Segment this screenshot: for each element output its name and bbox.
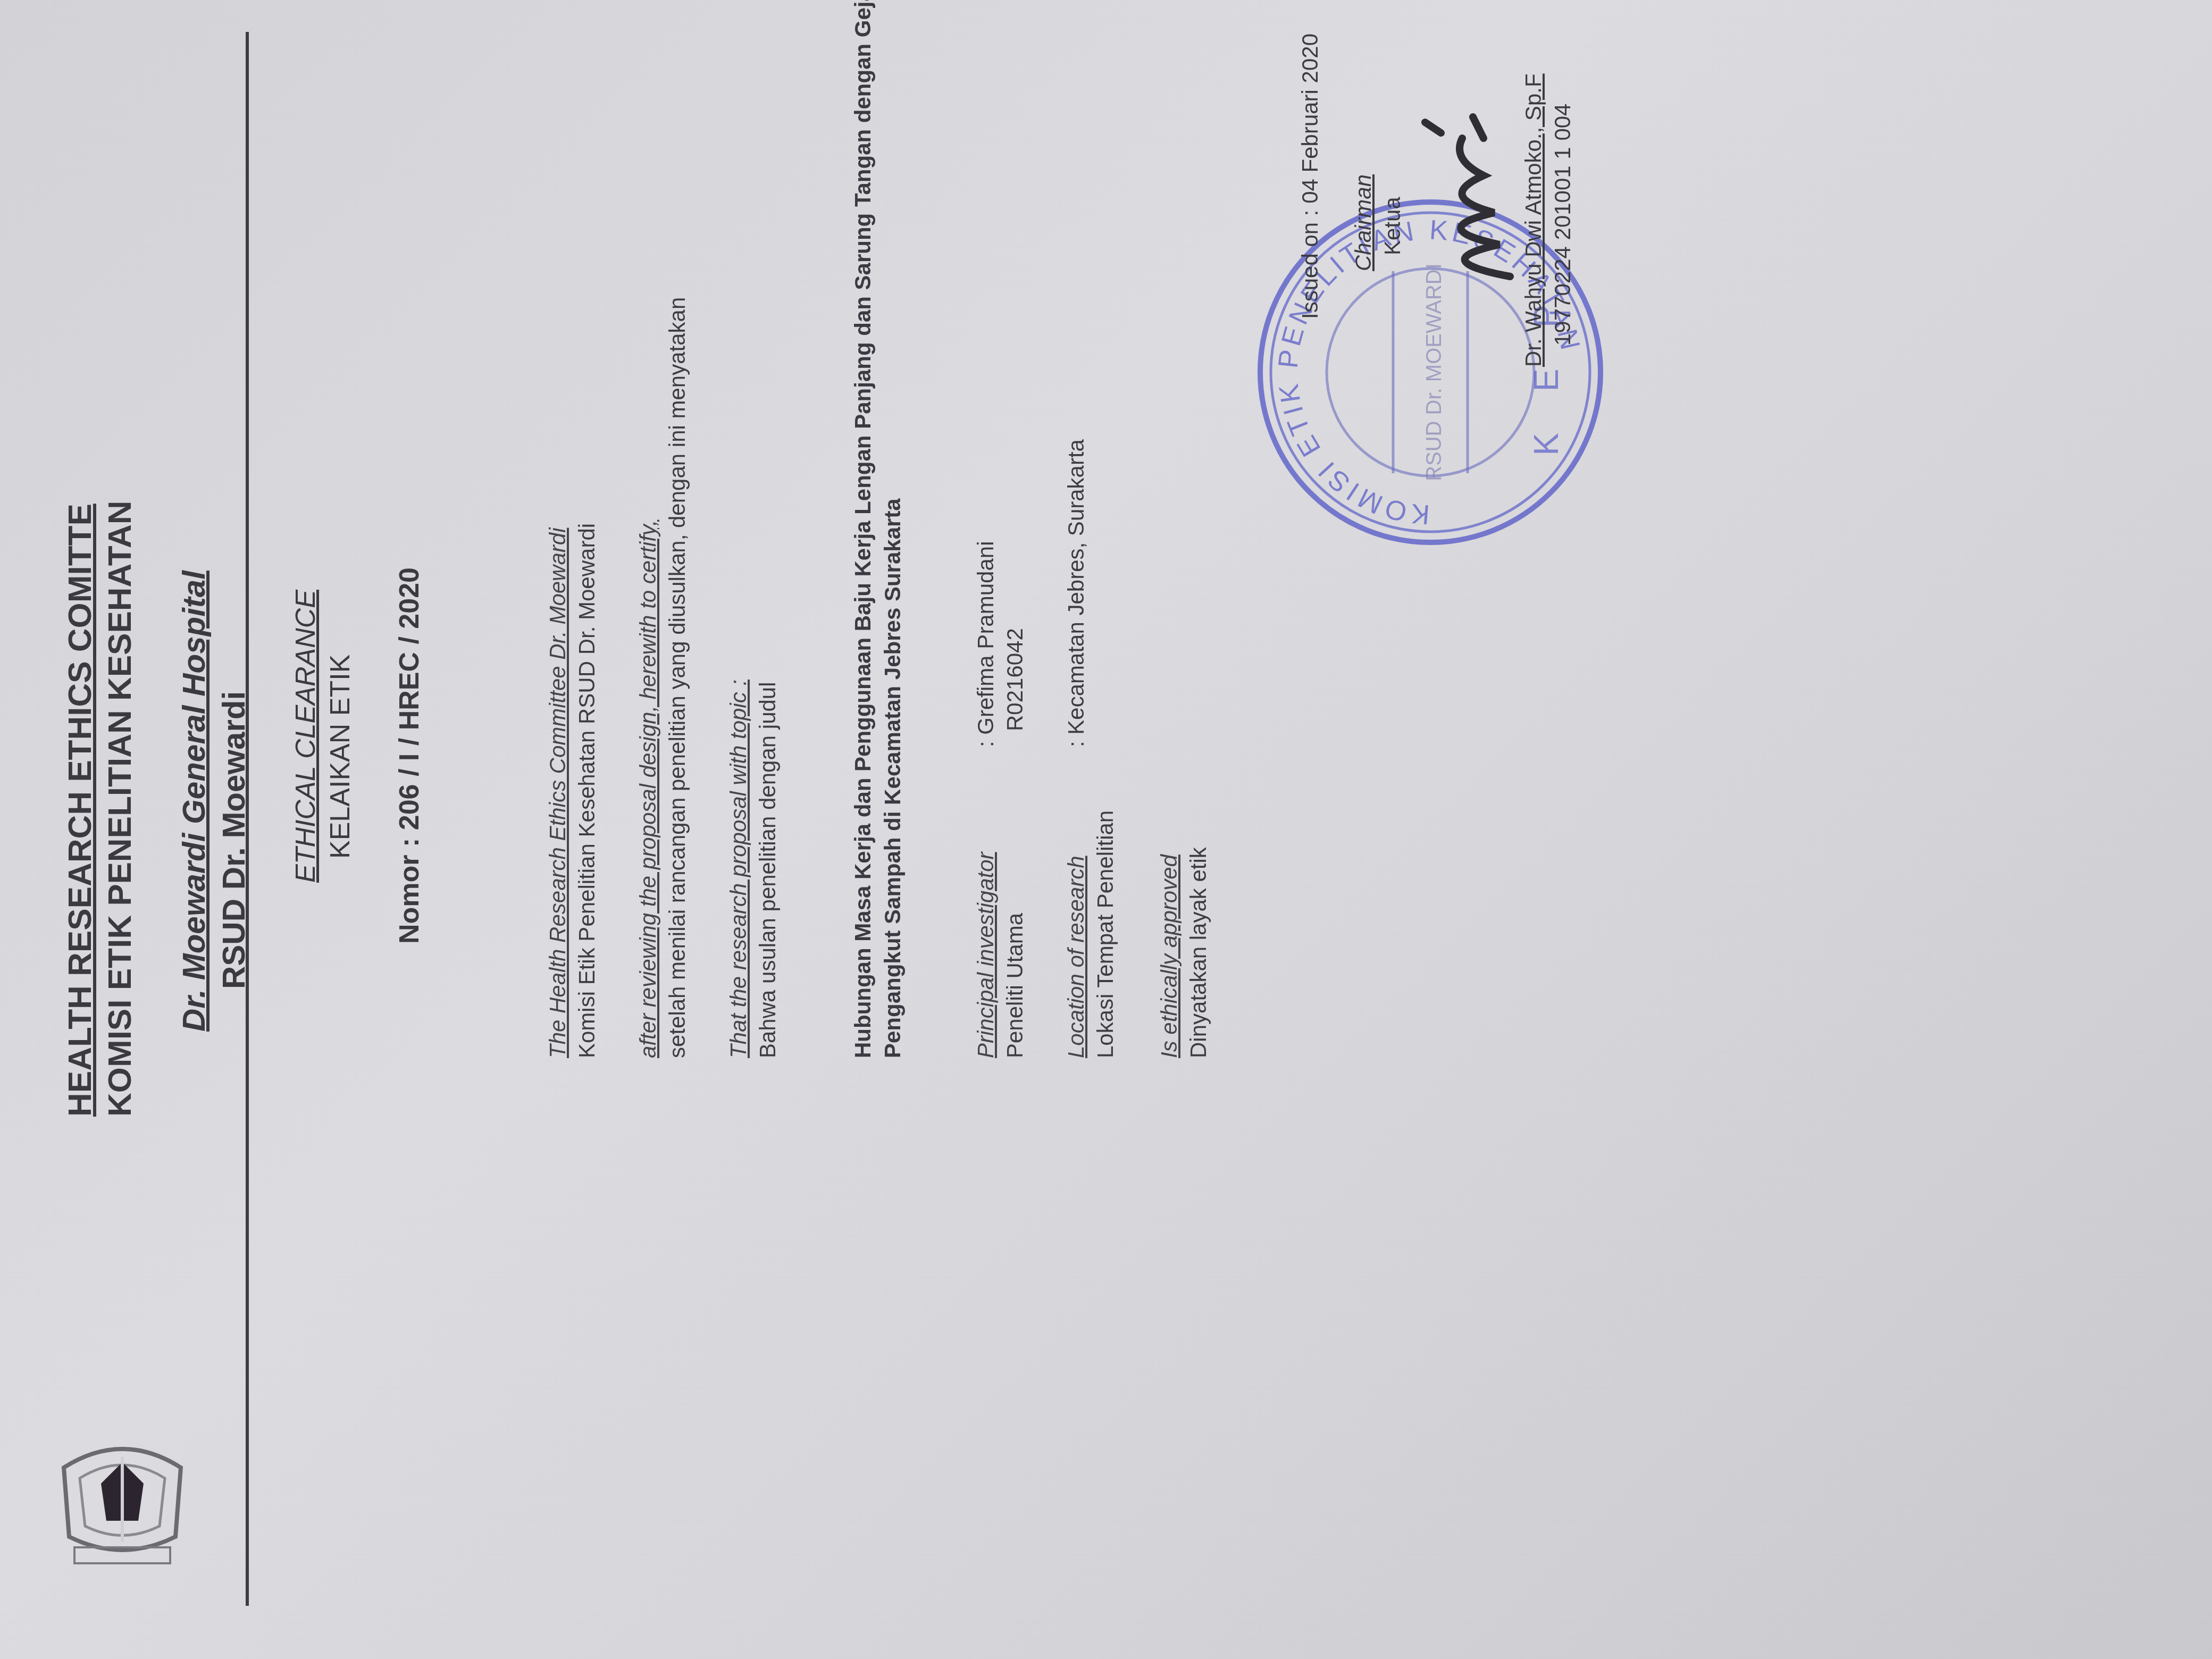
- research-location-value: : Kecamatan Jebres, Surakarta: [1063, 439, 1089, 747]
- header-divider: [246, 32, 249, 1606]
- document-page: HEALTH RESEARCH ETHICS COMITTE KOMISI ET…: [0, 0, 2212, 1659]
- research-location-label-en: Location of research: [1063, 856, 1089, 1058]
- document-number: Nomor : 206 / I / HREC / 2020: [393, 567, 425, 944]
- committee-statement-id: Komisi Etik Penelitian Kesehatan RSUD Dr…: [574, 523, 600, 1058]
- principal-investigator-label-en: Principal investigator: [973, 852, 999, 1058]
- signer-name: Dr. Wahyu Dwi Atmoko., Sp.F: [1521, 73, 1546, 367]
- hospital-name-en: Dr. Moewardi General Hospital: [175, 571, 212, 1032]
- review-statement-en: after reviewing the proposal design, her…: [635, 520, 661, 1058]
- signer-nip: 19770224 201001 1 004: [1550, 104, 1576, 346]
- research-location-label-id: Lokasi Tempat Penelitian: [1093, 810, 1118, 1058]
- document-title-id: KELAIKAN ETIK: [324, 655, 356, 859]
- handwritten-signature-icon: [1404, 96, 1526, 298]
- principal-investigator-name: : Grefima Pramudani: [973, 541, 999, 747]
- ethical-approval-label-en: Is ethically approved: [1157, 854, 1182, 1058]
- issued-date: Issued on : 04 Februari 2020: [1297, 33, 1323, 319]
- document-title-en: ETHICAL CLEARANCE: [290, 590, 322, 883]
- committee-name-id: KOMISI ETIK PENELITIAN KESEHATAN: [101, 500, 139, 1117]
- signer-role-en: Chairman: [1351, 174, 1376, 271]
- principal-investigator-id: R0216042: [1002, 628, 1028, 731]
- government-crest-logo-icon: [43, 1420, 202, 1579]
- research-topic-title: Hubungan Masa Kerja dan Penggunaan Baju …: [848, 0, 908, 1058]
- review-statement-id: setelah menilai rancangan penelitian yan…: [665, 297, 690, 1058]
- committee-name-en: HEALTH RESEARCH ETHICS COMITTE: [61, 504, 99, 1117]
- topic-label-id: Bahwa usulan penelitian dengan judul: [755, 682, 781, 1058]
- committee-statement-en: The Health Research Ethics Committee Dr.…: [545, 528, 571, 1058]
- topic-label-en: That the research proposal with topic :: [726, 680, 751, 1058]
- principal-investigator-label-id: Peneliti Utama: [1002, 913, 1028, 1058]
- signer-role-id: Ketua: [1380, 197, 1405, 255]
- ethical-approval-label-id: Dinyatakan layak etik: [1186, 847, 1211, 1058]
